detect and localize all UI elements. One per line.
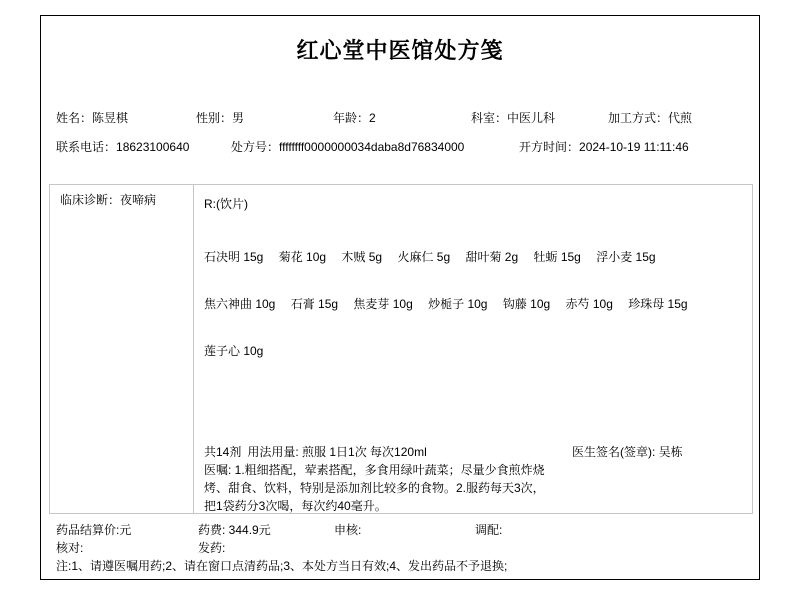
herb-item: 浮小麦 15g [596, 248, 655, 265]
herb-item: 炒栀子 10g [428, 295, 487, 312]
field-label: 处方号： [231, 140, 279, 154]
patient-info-row-1: 姓名：陈昱棋 性别：男 年龄：2 科室：中医儿科 加工方式：代煎 [56, 109, 751, 126]
field-value: 2024-10-19 11:11:46 [579, 140, 689, 154]
field-label: 药品结算价: [56, 523, 119, 537]
rx-header: R:(饮片) [204, 195, 248, 212]
herb-line: 莲子心 10g [204, 342, 748, 389]
footer-row-2: 核对: 发药: [56, 539, 751, 557]
herb-line: 焦六神曲 10g 石膏 15g 焦麦芽 10g 炒栀子 10g 钩藤 10g 赤… [204, 295, 748, 342]
patient-field: 科室：中医儿科 [471, 109, 608, 126]
clinical-diagnosis-cell: 临床诊断：夜啼病 [50, 185, 194, 513]
herb-item: 焦麦芽 10g [353, 295, 412, 312]
field-label: 年龄： [333, 111, 369, 125]
patient-field: 联系电话：18623100640 [56, 138, 231, 155]
patient-field: 开方时间：2024-10-19 11:11:46 [519, 138, 751, 155]
field-value: 中医儿科 [507, 111, 555, 125]
field-value: ffffffff0000000034daba8d76834000 [279, 140, 464, 154]
usage-value: 煎服 1日1次 每次120ml [302, 445, 427, 459]
doctor-sign-value: 吴栋 [659, 445, 683, 459]
field-value: 344.9元 [229, 523, 271, 537]
prescription-table: 临床诊断：夜啼病 R:(饮片) 石决明 15g 菊花 10g 木贼 5g [49, 184, 753, 514]
field-value: 男 [232, 111, 244, 125]
footer-field: 药费: 344.9元 [198, 521, 334, 539]
usage-label: 用法用量: [247, 445, 302, 459]
herb-item: 焦六神曲 10g [204, 295, 275, 312]
prescription-content-cell: R:(饮片) 石决明 15g 菊花 10g 木贼 5g 火麻仁 5g [194, 185, 752, 513]
field-label: 调配: [475, 523, 502, 537]
footer-section: 药品结算价:元 药费: 344.9元 申核: 调配: 核对: 发药: 注:1、请… [56, 521, 751, 575]
herb-item: 钩藤 10g [503, 295, 550, 312]
field-value: 2 [369, 111, 376, 125]
herb-item: 菊花 10g [279, 248, 326, 265]
field-label: 开方时间： [519, 140, 579, 154]
advice-line: 医嘱: 1.粗细搭配，荤素搭配，多食用绿叶蔬菜；尽量少食煎炸烧 [204, 461, 779, 479]
usage-row: 共14剂用法用量: 煎服 1日1次 每次120ml [204, 443, 427, 460]
field-value: 陈昱棋 [92, 111, 128, 125]
doctor-sign-label: 医生签名(签章): [572, 445, 659, 459]
patient-field: 加工方式：代煎 [608, 109, 751, 126]
herb-item: 火麻仁 5g [397, 248, 450, 265]
patient-info-row-2: 联系电话：18623100640 处方号：ffffffff0000000034d… [56, 138, 751, 155]
field-value: 18623100640 [116, 140, 189, 154]
diagnosis-value: 夜啼病 [120, 193, 156, 207]
footer-field: 药品结算价:元 [56, 521, 198, 539]
field-label: 科室： [471, 111, 507, 125]
footer-field: 核对: [56, 539, 198, 557]
herb-item: 甜叶菊 2g [465, 248, 518, 265]
herb-item: 木贼 5g [341, 248, 382, 265]
field-value: 代煎 [668, 111, 692, 125]
herb-item: 赤芍 10g [566, 295, 613, 312]
herb-item: 牡蛎 15g [534, 248, 581, 265]
herb-line: 石决明 15g 菊花 10g 木贼 5g 火麻仁 5g 甜叶菊 2g 牡蛎 15… [204, 248, 748, 295]
field-label: 联系电话： [56, 140, 116, 154]
advice-line: 烤、甜食、饮料，特别是添加剂比较多的食物。2.服药每天3次， [204, 479, 779, 497]
footer-field: 调配: [475, 521, 751, 539]
field-label: 姓名： [56, 111, 92, 125]
herb-list: 石决明 15g 菊花 10g 木贼 5g 火麻仁 5g 甜叶菊 2g 牡蛎 15… [204, 248, 748, 389]
doctor-signature: 医生签名(签章): 吴栋 [572, 443, 683, 460]
footer-field: 申核: [334, 521, 475, 539]
clinic-title: 红心堂中医馆处方笺 [41, 34, 759, 65]
total-doses: 共14剂 [204, 445, 241, 459]
field-label: 性别： [196, 111, 232, 125]
footer-row-1: 药品结算价:元 药费: 344.9元 申核: 调配: [56, 521, 751, 539]
patient-field: 姓名：陈昱棋 [56, 109, 196, 126]
patient-field: 性别：男 [196, 109, 333, 126]
advice-line: 把1袋药分3次喝，每次约40毫升。 [204, 497, 779, 515]
doctor-advice: 医嘱: 1.粗细搭配，荤素搭配，多食用绿叶蔬菜；尽量少食煎炸烧 烤、甜食、饮料，… [204, 461, 779, 515]
patient-field: 年龄：2 [333, 109, 471, 126]
herb-item: 石膏 15g [291, 295, 338, 312]
herb-item: 莲子心 10g [204, 342, 263, 359]
field-label: 药费: [198, 523, 229, 537]
field-label: 核对: [56, 541, 83, 555]
field-label: 加工方式： [608, 111, 668, 125]
field-value: 元 [119, 523, 131, 537]
field-label: 发药: [198, 541, 225, 555]
footer-field: 发药: [198, 539, 751, 557]
patient-field: 处方号：ffffffff0000000034daba8d76834000 [231, 138, 519, 155]
herb-item: 珍珠母 15g [628, 295, 687, 312]
diagnosis-label: 临床诊断： [60, 193, 120, 207]
herb-item: 石决明 15g [204, 248, 263, 265]
footer-note: 注:1、请遵医嘱用药;2、请在窗口点清药品;3、本处方当日有效;4、发出药品不予… [56, 557, 751, 575]
field-label: 申核: [334, 523, 361, 537]
prescription-sheet: 红心堂中医馆处方笺 姓名：陈昱棋 性别：男 年龄：2 科室：中医儿科 加工方式：… [40, 15, 760, 580]
